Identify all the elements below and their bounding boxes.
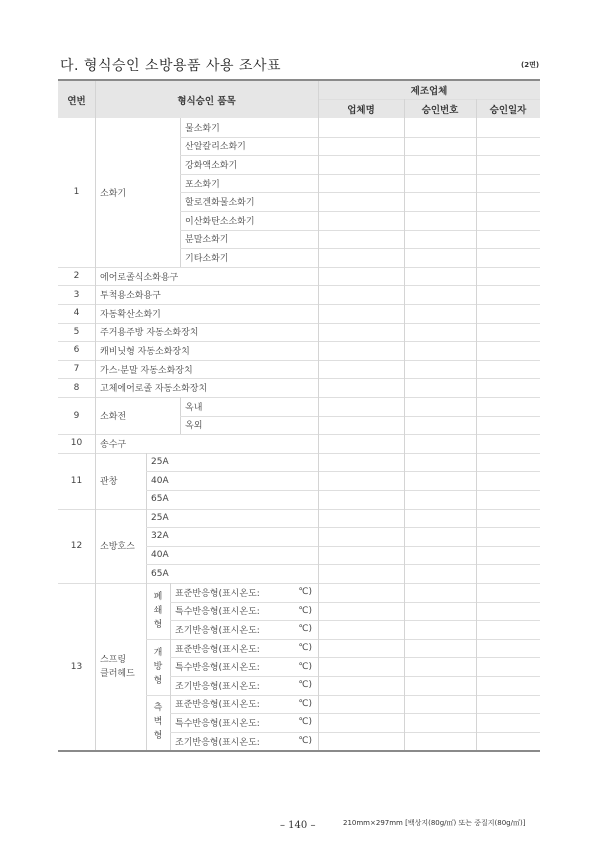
maker-name-input[interactable] [318,378,404,397]
row-no: 6 [58,341,95,360]
grid-line [95,323,96,342]
approval-no-input[interactable] [404,230,476,249]
row-category: 가스·분말 자동소화장치 [95,360,318,379]
maker-name-input[interactable] [318,397,404,416]
approval-date-input[interactable] [476,564,540,583]
maker-name-input[interactable] [318,639,404,658]
table-bottom-rule [58,750,540,752]
approval-no-input[interactable] [404,546,476,565]
maker-name-input[interactable] [318,416,404,435]
type-char: 측 [154,701,163,715]
grid-line [95,360,96,379]
approval-date-input[interactable] [476,732,540,751]
row-no: 7 [58,360,95,379]
approval-no-input[interactable] [404,211,476,230]
grid-line [95,341,96,360]
maker-name-input[interactable] [318,602,404,621]
sprinkler-item: 표준반응형(표시온도:℃) [170,639,318,658]
approval-no-input[interactable] [404,657,476,676]
item-label: 조기반응형(표시온도: [175,735,260,748]
row-no: 3 [58,285,95,304]
maker-name-input[interactable] [318,713,404,732]
approval-no-input[interactable] [404,732,476,751]
approval-date-input[interactable] [476,341,540,360]
row-category: 스프링클러헤드 [95,583,146,750]
row-item: 산알칼리소화기 [180,137,318,156]
row-item: 옥내 [180,397,318,416]
maker-name-input[interactable] [318,285,404,304]
row-item: 40A [146,546,318,565]
sprinkler-type: 폐쇄형 [146,583,170,639]
header-maker: 제조업체 [318,81,540,99]
maker-name-input[interactable] [318,509,404,528]
sprinkler-item: 표준반응형(표시온도:℃) [170,695,318,714]
type-char: 벽 [154,715,163,729]
approval-no-input[interactable] [404,620,476,639]
approval-no-input[interactable] [404,639,476,658]
approval-date-input[interactable] [476,323,540,342]
approval-date-input[interactable] [476,602,540,621]
sprinkler-item: 조기반응형(표시온도:℃) [170,620,318,639]
approval-no-input[interactable] [404,304,476,323]
row-category: 고체에어로졸 자동소화장치 [95,378,318,397]
type-char: 형 [154,618,163,632]
page-number: – 140 – [280,820,315,831]
approval-date-input[interactable] [476,118,540,137]
maker-name-input[interactable] [318,527,404,546]
row-no: 5 [58,323,95,342]
row-category: 송수구 [95,434,318,453]
approval-date-input[interactable] [476,676,540,695]
approval-no-input[interactable] [404,583,476,602]
row-item: 40A [146,471,318,490]
maker-name-input[interactable] [318,583,404,602]
maker-name-input[interactable] [318,341,404,360]
approval-no-input[interactable] [404,490,476,509]
maker-name-input[interactable] [318,174,404,193]
category-line: 클러헤드 [100,667,135,681]
row-no: 12 [58,509,95,583]
temperature-unit: ℃) [298,624,312,634]
row-item: 기타소화기 [180,248,318,267]
approval-no-input[interactable] [404,341,476,360]
approval-date-input[interactable] [476,285,540,304]
row-category: 소화기 [95,118,180,267]
row-item: 물소화기 [180,118,318,137]
maker-name-input[interactable] [318,732,404,751]
row-item: 25A [146,509,318,528]
row-item: 32A [146,527,318,546]
row-no: 1 [58,118,95,267]
type-char: 방 [154,660,163,674]
item-label: 표준반응형(표시온도: [175,697,260,710]
grid-line [95,397,96,434]
row-no: 8 [58,378,95,397]
maker-name-input[interactable] [318,471,404,490]
approval-date-input[interactable] [476,211,540,230]
approval-no-input[interactable] [404,174,476,193]
row-category: 투척용소화용구 [95,285,318,304]
approval-date-input[interactable] [476,360,540,379]
maker-name-input[interactable] [318,453,404,472]
row-category: 캐비닛형 자동소화장치 [95,341,318,360]
approval-date-input[interactable] [476,248,540,267]
approval-no-input[interactable] [404,360,476,379]
row-item: 65A [146,490,318,509]
approval-date-input[interactable] [476,471,540,490]
category-line: 스프링 [100,653,126,667]
row-no: 10 [58,434,95,453]
maker-name-input[interactable] [318,211,404,230]
approval-no-input[interactable] [404,267,476,286]
row-item: 강화액소화기 [180,155,318,174]
grid-line [95,583,96,750]
row-category: 자동확산소화기 [95,304,318,323]
item-label: 조기반응형(표시온도: [175,679,260,692]
type-char: 개 [154,646,163,660]
approval-date-input[interactable] [476,230,540,249]
approval-date-input[interactable] [476,695,540,714]
approval-date-input[interactable] [476,620,540,639]
maker-name-input[interactable] [318,118,404,137]
row-no: 9 [58,397,95,434]
approval-date-input[interactable] [476,378,540,397]
row-no: 11 [58,453,95,509]
temperature-unit: ℃) [298,699,312,709]
maker-name-input[interactable] [318,137,404,156]
approval-date-input[interactable] [476,453,540,472]
header-approval-date: 승인일자 [476,99,540,118]
approval-no-input[interactable] [404,602,476,621]
row-category: 주거용주방 자동소화장치 [95,323,318,342]
item-label: 특수반응형(표시온도: [175,660,260,673]
item-label: 표준반응형(표시온도: [175,642,260,655]
page-tag: (2면) [521,60,539,70]
temperature-unit: ℃) [298,736,312,746]
maker-name-input[interactable] [318,490,404,509]
sprinkler-type: 개방형 [146,639,170,695]
approval-date-input[interactable] [476,546,540,565]
approval-no-input[interactable] [404,434,476,453]
maker-name-input[interactable] [318,323,404,342]
sprinkler-item: 표준반응형(표시온도:℃) [170,583,318,602]
approval-no-input[interactable] [404,323,476,342]
grid-line [95,81,96,118]
paper-spec: 210mm×297mm [백상지(80g/㎡) 또는 중질지(80g/㎡)] [343,818,525,828]
item-label: 특수반응형(표시온도: [175,604,260,617]
grid-line [95,267,96,286]
maker-name-input[interactable] [318,155,404,174]
row-category: 관창 [95,453,146,509]
maker-name-input[interactable] [318,230,404,249]
approval-no-input[interactable] [404,378,476,397]
temperature-unit: ℃) [298,662,312,672]
temperature-unit: ℃) [298,680,312,690]
approval-date-input[interactable] [476,137,540,156]
header-item: 형식승인 품목 [95,81,318,118]
temperature-unit: ℃) [298,606,312,616]
approval-no-input[interactable] [404,471,476,490]
grid-line [95,378,96,397]
grid-line [476,99,477,118]
row-item: 이산화탄소소화기 [180,211,318,230]
approval-no-input[interactable] [404,713,476,732]
approval-date-input[interactable] [476,155,540,174]
approval-no-input[interactable] [404,453,476,472]
item-label: 조기반응형(표시온도: [175,623,260,636]
type-char: 형 [154,674,163,688]
grid-line [95,509,96,583]
grid-line [404,99,405,118]
row-no: 4 [58,304,95,323]
type-char: 폐 [154,590,163,604]
grid-line [318,81,319,118]
approval-no-input[interactable] [404,416,476,435]
row-item: 25A [146,453,318,472]
header-maker-name: 업체명 [318,99,404,118]
maker-name-input[interactable] [318,620,404,639]
temperature-unit: ℃) [298,643,312,653]
maker-name-input[interactable] [318,546,404,565]
maker-name-input[interactable] [318,564,404,583]
item-label: 특수반응형(표시온도: [175,716,260,729]
approval-no-input[interactable] [404,137,476,156]
sprinkler-item: 조기반응형(표시온도:℃) [170,676,318,695]
row-item: 할로겐화물소화기 [180,192,318,211]
approval-date-input[interactable] [476,304,540,323]
approval-no-input[interactable] [404,248,476,267]
approval-no-input[interactable] [404,676,476,695]
maker-name-input[interactable] [318,360,404,379]
row-item: 옥외 [180,416,318,435]
row-category: 에어로졸식소화용구 [95,267,318,286]
row-item: 포소화기 [180,174,318,193]
maker-name-input[interactable] [318,267,404,286]
maker-name-input[interactable] [318,304,404,323]
approval-no-input[interactable] [404,155,476,174]
maker-name-input[interactable] [318,248,404,267]
maker-name-input[interactable] [318,657,404,676]
approval-date-input[interactable] [476,192,540,211]
header-no: 연번 [58,81,95,118]
approval-date-input[interactable] [476,713,540,732]
approval-no-input[interactable] [404,509,476,528]
approval-date-input[interactable] [476,267,540,286]
approval-date-input[interactable] [476,527,540,546]
approval-date-input[interactable] [476,490,540,509]
sprinkler-item: 특수반응형(표시온도:℃) [170,713,318,732]
sprinkler-item: 특수반응형(표시온도:℃) [170,657,318,676]
approval-no-input[interactable] [404,285,476,304]
grid-line [95,285,96,304]
approval-date-input[interactable] [476,639,540,658]
approval-date-input[interactable] [476,509,540,528]
row-category: 소화전 [95,397,180,434]
approval-no-input[interactable] [404,397,476,416]
row-item: 분말소화기 [180,230,318,249]
approval-no-input[interactable] [404,695,476,714]
row-item: 65A [146,564,318,583]
header-approval-no: 승인번호 [404,99,476,118]
item-label: 표준반응형(표시온도: [175,586,260,599]
approval-date-input[interactable] [476,397,540,416]
maker-name-input[interactable] [318,192,404,211]
grid-line [95,453,96,509]
row-category: 소방호스 [95,509,146,583]
temperature-unit: ℃) [298,587,312,597]
approval-no-input[interactable] [404,118,476,137]
approval-date-input[interactable] [476,416,540,435]
type-char: 형 [154,729,163,743]
grid-line [95,434,96,453]
temperature-unit: ℃) [298,717,312,727]
approval-no-input[interactable] [404,564,476,583]
maker-name-input[interactable] [318,695,404,714]
grid-line [95,118,96,267]
grid-line [318,99,540,100]
maker-name-input[interactable] [318,434,404,453]
sprinkler-item: 특수반응형(표시온도:℃) [170,602,318,621]
approval-date-input[interactable] [476,583,540,602]
document-title: 다. 형식승인 소방용품 사용 조사표 [60,55,281,75]
sprinkler-type: 측벽형 [146,695,170,751]
grid-line [95,304,96,323]
approval-date-input[interactable] [476,657,540,676]
row-no: 13 [58,583,95,750]
approval-no-input[interactable] [404,527,476,546]
maker-name-input[interactable] [318,676,404,695]
approval-date-input[interactable] [476,434,540,453]
approval-no-input[interactable] [404,192,476,211]
type-char: 쇄 [154,604,163,618]
approval-date-input[interactable] [476,174,540,193]
row-no: 2 [58,267,95,286]
sprinkler-item: 조기반응형(표시온도:℃) [170,732,318,751]
